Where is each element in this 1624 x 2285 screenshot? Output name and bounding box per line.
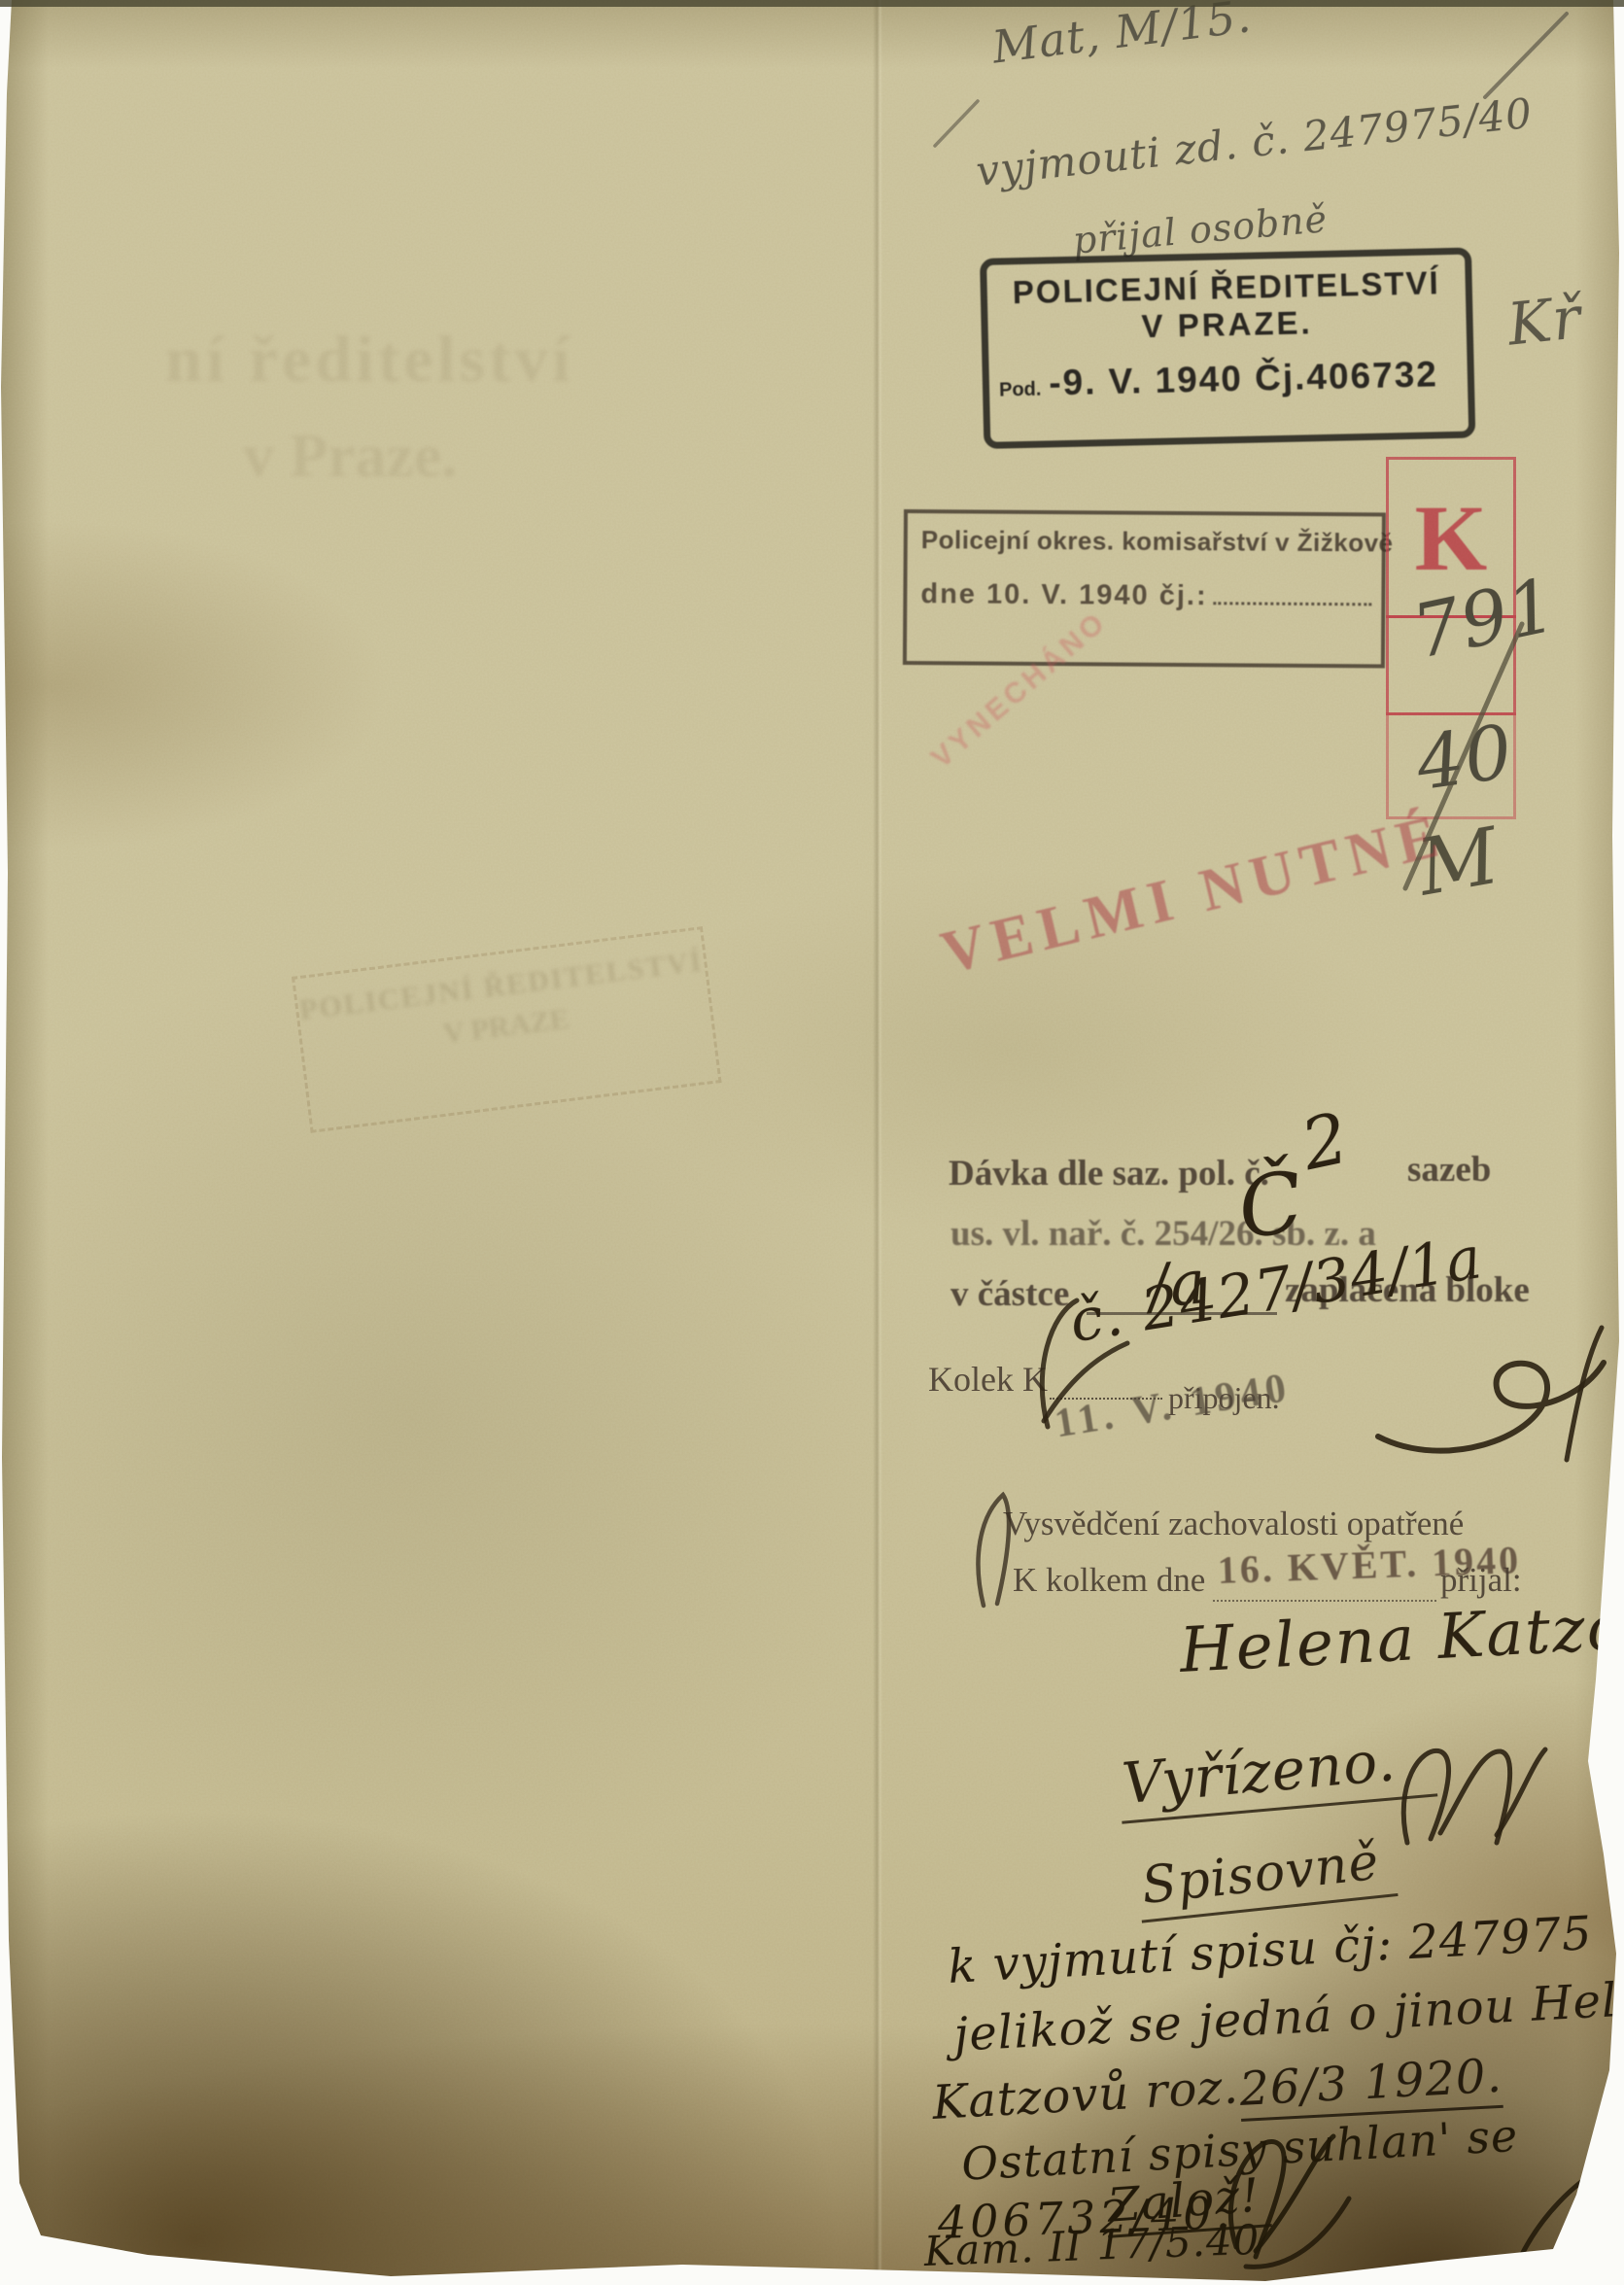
velmi-nutne-stamp: VELMI NUTNÉ	[935, 801, 1453, 988]
davka-line2-text: us. vl. nař. č. 254/26. sb. z. a	[950, 1213, 1376, 1255]
vysvedceni-line2a: K kolkem dne	[1013, 1561, 1205, 1600]
prague-stamp-pod-label: Pod.	[999, 379, 1042, 402]
date-stamp-11-v-1940: 11. V. 1940	[1052, 1365, 1294, 1448]
corner-flourish-1	[1516, 2164, 1611, 2267]
vyrizeno-paraph-2	[1440, 1751, 1510, 1843]
vysvedceni-prijal: přijal:	[1440, 1561, 1522, 1600]
zizkov-stamp-line1: Policejní okres. komisařství v Žižkově	[921, 525, 1372, 558]
davka-line1-text: Dávka dle saz. pol. č.	[949, 1153, 1269, 1194]
davka-line1-sazeb: sazeb	[1407, 1149, 1491, 1191]
bottom-note-line3b: 26/3 1920.	[1238, 2049, 1503, 2122]
pencil-number-40: 40	[1411, 708, 1518, 807]
vyrizeno-paraph-3	[1497, 1749, 1545, 1835]
pencil-slash-top-right	[1485, 14, 1567, 97]
bottom-note-line3a: Katzovů roz.	[931, 2060, 1240, 2129]
ink-signature-flourish-tail	[1567, 1328, 1602, 1460]
spisovne-note: Spisovně	[1135, 1831, 1399, 1922]
ink-signature-flourish	[1378, 1363, 1604, 1451]
corner-flourish-2	[1510, 2214, 1615, 2272]
vertical-fold-crease	[873, 0, 882, 2285]
bleedthrough-heading-line1: ní ředitelství	[165, 321, 574, 398]
pencil-top-note: Mat, M/15.	[989, 0, 1255, 74]
aged-paper-sheet: ní ředitelství v Praze. Mat, M/15. vyjmo…	[0, 0, 1624, 2285]
ink-c-letter: Č	[1232, 1154, 1310, 1259]
scanned-document-page: ní ředitelství v Praze. Mat, M/15. vyjmo…	[0, 0, 1624, 2285]
bleedthrough-heading-line2: v Praze.	[243, 420, 457, 492]
scan-top-edge	[0, 0, 1624, 7]
prague-stamp-date-number: -9. V. 1940 Čj.406732	[1049, 354, 1438, 403]
vysvedceni-line1: Vysvědčení zachovalosti opatřené	[1003, 1505, 1464, 1543]
prague-police-stamp: POLICEJNÍ ŘEDITELSTVÍ V PRAZE. Pod. -9. …	[980, 248, 1475, 449]
kolek-label: Kolek K	[928, 1359, 1048, 1400]
zizkov-stamp: Policejní okres. komisařství v Žižkově d…	[903, 509, 1386, 668]
vyrizeno-note: Vyřízeno.	[1116, 1724, 1437, 1824]
helena-signature: Helena Katzová	[1178, 1588, 1624, 1687]
zizkov-stamp-dotted-line	[1214, 578, 1372, 606]
pencil-exempt-note: vyjmouti zd. č. 247975/40	[974, 89, 1535, 195]
ink-number-2: 2	[1295, 1096, 1356, 1186]
davka-line3-castce: v částce	[950, 1273, 1069, 1315]
pencil-kr-mark: Kř	[1504, 284, 1584, 360]
ghost-left-stamp: POLICEJNÍ ŘEDITELSTVÍ V PRAZE	[292, 926, 722, 1133]
zizkov-stamp-line2: dne 10. V. 1940 čj.:	[920, 578, 1207, 612]
pencil-slash-small	[935, 101, 978, 146]
